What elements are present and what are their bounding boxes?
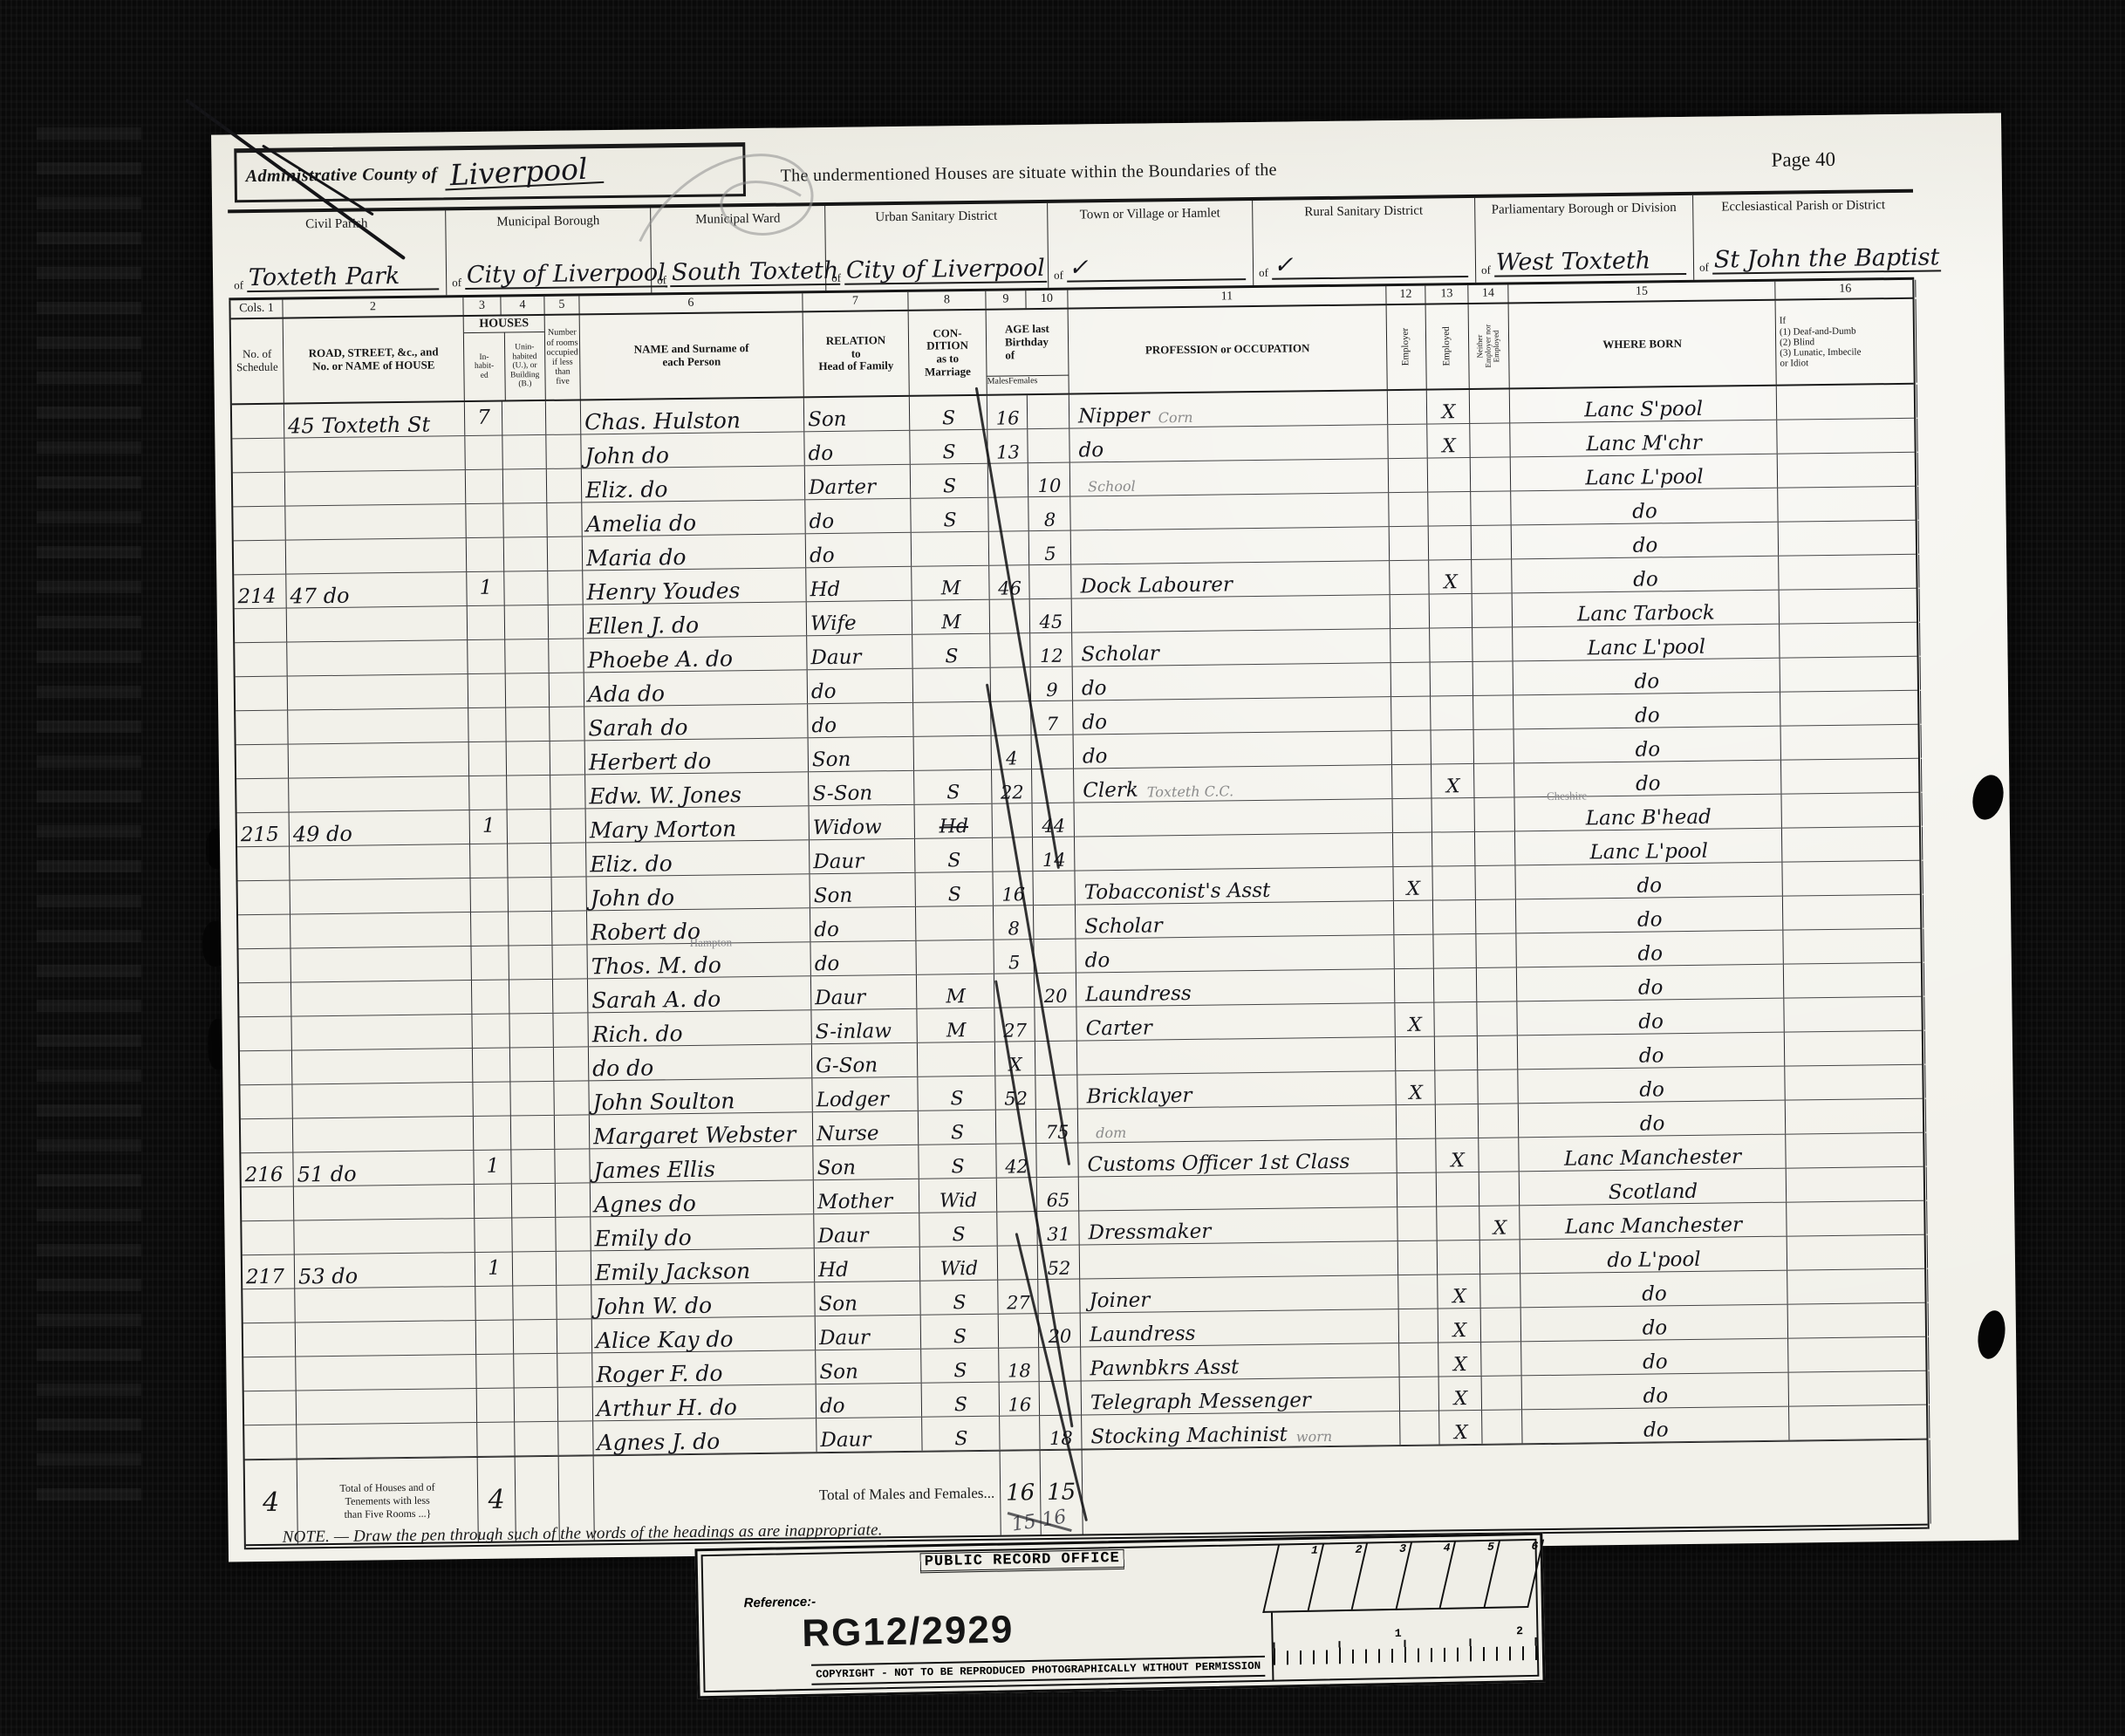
cell-value: Daur xyxy=(817,1226,868,1247)
cell-value: X xyxy=(1446,777,1460,796)
cell-inh xyxy=(475,1286,513,1320)
cell-value: do xyxy=(1643,1386,1668,1406)
cell-value: S xyxy=(954,1396,967,1415)
cell-uninh xyxy=(509,946,552,980)
cell-rooms xyxy=(555,1115,590,1148)
cell-am: 16 xyxy=(993,871,1033,906)
cell-value: 13 xyxy=(996,443,1020,461)
cell-value: Son xyxy=(814,886,853,907)
cell-value: 31 xyxy=(1047,1226,1070,1244)
cell-born: do xyxy=(1522,1373,1789,1410)
stamp-reference-number: RG12/2929 xyxy=(802,1608,1015,1656)
cell-value: John do xyxy=(591,886,675,909)
cell-af xyxy=(1034,940,1076,974)
cell-house xyxy=(288,708,468,744)
cell-value: 18 xyxy=(1008,1362,1031,1380)
cell-cond: S xyxy=(921,1315,999,1349)
cell-value: Nurse xyxy=(817,1124,879,1145)
cell-e14 xyxy=(1475,831,1515,865)
cell-e12: X xyxy=(1393,867,1432,901)
cell-value: Son xyxy=(818,1295,858,1316)
cell-name: Emily Jackson xyxy=(591,1248,815,1284)
cell-value: X xyxy=(1408,1016,1422,1035)
cell-cond xyxy=(912,532,989,566)
cell-e14 xyxy=(1471,457,1511,491)
cell-am: 5 xyxy=(994,940,1034,974)
cell-inf xyxy=(1782,827,1923,862)
cell-value: X xyxy=(1454,1424,1468,1443)
cell-rooms xyxy=(549,639,584,672)
cell-am: 16 xyxy=(1000,1382,1040,1416)
cell-e13 xyxy=(1431,730,1474,764)
cell-e14 xyxy=(1472,593,1513,627)
cell-value: Daur xyxy=(813,852,864,873)
cell-rel: Lodger xyxy=(812,1077,918,1111)
cell-value: 4 xyxy=(1006,749,1018,768)
cell-rel: Widow xyxy=(810,805,915,839)
cell-cond: Hd xyxy=(915,804,993,838)
cell-cond xyxy=(916,940,994,974)
stamp-reference-label: Reference:- xyxy=(743,1595,816,1611)
district-civil-parish: Civil Parish ofToxteth Park xyxy=(228,210,447,297)
cell-cond: M xyxy=(917,1008,994,1042)
ruler-number: 4 xyxy=(1442,1541,1452,1555)
cell-value: do xyxy=(1638,1012,1664,1032)
cell-e12 xyxy=(1388,425,1427,459)
cell-cond: S xyxy=(915,838,993,872)
cell-born: Lanc M'chr xyxy=(1510,420,1777,457)
totals-males-value: 16 xyxy=(1006,1480,1035,1506)
cell-value: S xyxy=(942,409,955,428)
cell-value: M xyxy=(941,579,961,598)
cell-occ xyxy=(1080,1241,1398,1278)
district-value: City of Liverpool xyxy=(844,257,1047,284)
cell-rooms xyxy=(553,979,588,1012)
cell-e13: X xyxy=(1438,1275,1480,1309)
cell-rel: Son xyxy=(809,737,914,771)
district-value: ✓ xyxy=(1067,255,1246,282)
cell-rel: Daur xyxy=(817,1418,922,1452)
cell-value: X xyxy=(1444,573,1458,592)
cell-name: Ellen J. do xyxy=(584,602,807,638)
cell-cond: M xyxy=(917,974,994,1008)
totals-schedule-value: 4 xyxy=(263,1487,280,1517)
cell-house xyxy=(294,1219,475,1254)
cell-value: Agnes do xyxy=(594,1193,696,1215)
cell-name: John W. do xyxy=(591,1282,815,1318)
cell-value: Dock Labourer xyxy=(1075,575,1233,597)
cell-house xyxy=(291,1015,472,1050)
cell-e12 xyxy=(1400,1411,1439,1446)
cell-inh xyxy=(465,436,502,470)
cell-occ: Laundress xyxy=(1081,1309,1399,1346)
cell-e14 xyxy=(1474,729,1514,763)
cell-rooms xyxy=(551,843,586,876)
cell-value: 8 xyxy=(1044,511,1056,530)
cell-af: 10 xyxy=(1028,463,1070,497)
cell-house xyxy=(285,504,466,540)
cell-e12: X xyxy=(1395,1003,1434,1037)
cell-name: Chas. Hulston xyxy=(581,398,804,434)
cell-inf xyxy=(1777,419,1917,454)
cell-cond: S xyxy=(912,634,990,668)
cell-am xyxy=(998,1246,1038,1280)
enumeration-table: Cols. 1 2 3 4 5 6 7 8 9 10 11 12 13 14 1… xyxy=(229,280,1929,1549)
header-name: NAME and Surname of each Person xyxy=(580,312,804,399)
cell-value: 1 xyxy=(488,1259,501,1279)
cell-uninh xyxy=(505,639,549,673)
cell-house xyxy=(289,776,469,812)
cell-e12 xyxy=(1398,1275,1438,1309)
cell-e12 xyxy=(1392,731,1431,765)
cell-inh xyxy=(476,1320,514,1354)
cell-inf xyxy=(1781,759,1922,794)
pencil-scribble xyxy=(621,142,885,259)
cell-occ: do xyxy=(1074,731,1392,768)
cell-value: Tobacconist's Asst xyxy=(1079,881,1271,904)
district-value: South Toxteth xyxy=(670,260,841,287)
cell-cond: S xyxy=(919,1111,996,1145)
cell-value: 51 do xyxy=(297,1164,357,1186)
cell-uninh xyxy=(513,1252,557,1286)
cell-am: X xyxy=(995,1042,1035,1076)
cell-value: M xyxy=(946,1022,967,1041)
cell-inh xyxy=(474,1116,511,1150)
cell-name: do do xyxy=(589,1044,812,1080)
cell-e14 xyxy=(1481,1342,1521,1376)
cell-value: Widow xyxy=(813,817,882,838)
cell-rel: Son xyxy=(804,397,910,431)
cell-value: Telegraph Messenger xyxy=(1085,1391,1311,1413)
cell-rooms xyxy=(550,775,585,808)
cell-inf xyxy=(1780,691,1921,726)
cell-house xyxy=(294,1185,475,1220)
district-town-village: Town or Village or Hamlet of✓ xyxy=(1048,201,1254,288)
cell-rooms xyxy=(554,1081,589,1114)
header-employed-label: Employed xyxy=(1442,327,1452,366)
cell-am xyxy=(990,599,1030,633)
district-label: Rural Sanitary District xyxy=(1253,203,1474,221)
cell-inf xyxy=(1779,521,1919,556)
cell-rel: Wife xyxy=(807,601,912,635)
cell-e14 xyxy=(1478,1070,1518,1104)
cell-value: Hd xyxy=(940,817,969,837)
cell-sch xyxy=(244,1425,297,1459)
cell-value: Lanc L'pool xyxy=(1589,842,1708,864)
cell-value: S xyxy=(950,1090,963,1109)
cell-value: do xyxy=(1080,951,1110,971)
cell-inf xyxy=(1789,1405,1930,1440)
cell-inh xyxy=(472,980,509,1014)
cell-e13 xyxy=(1429,526,1472,560)
cell-value: Clerk xyxy=(1077,781,1138,802)
totals-females-value: 15 xyxy=(1047,1480,1076,1506)
cell-name: John Soulton xyxy=(589,1078,812,1114)
cell-value: John do xyxy=(584,444,669,467)
cell-inh xyxy=(473,1048,510,1082)
district-value: Toxteth Park xyxy=(247,265,439,292)
cell-value: Dressmaker xyxy=(1083,1222,1211,1244)
cell-rooms xyxy=(551,809,586,842)
cell-value: Arthur H. do xyxy=(597,1396,737,1419)
cell-e13 xyxy=(1431,696,1473,730)
cell-occ: Scholar xyxy=(1072,629,1390,666)
district-label: Municipal Borough xyxy=(446,213,650,230)
cell-born: do xyxy=(1517,999,1784,1035)
cell-value: do xyxy=(1635,706,1660,726)
cell-rooms xyxy=(552,877,587,910)
cell-value: S xyxy=(954,1430,967,1449)
cell-born: Lanc S'pool xyxy=(1510,386,1777,423)
cell-e13 xyxy=(1435,1070,1478,1104)
cell-e13 xyxy=(1434,968,1477,1002)
cell-value: Alice Kay do xyxy=(596,1328,734,1351)
cell-inf xyxy=(1788,1337,1929,1372)
cell-rel: do xyxy=(817,1384,922,1418)
cell-house: 45 Toxteth St xyxy=(284,402,465,438)
header-neither: Neither Employer nor Employed xyxy=(1469,304,1510,388)
cell-sch xyxy=(243,1357,296,1391)
cell-name: Arthur H. do xyxy=(593,1384,817,1420)
cell-e13 xyxy=(1430,594,1472,628)
cell-value: Daur xyxy=(810,648,861,669)
cell-value: X xyxy=(1406,880,1420,899)
cell-inf xyxy=(1788,1303,1929,1338)
cell-value: 45 Toxteth St xyxy=(288,414,430,437)
cell-value: 10 xyxy=(1038,477,1062,496)
cell-value: S xyxy=(947,851,960,871)
cell-inh xyxy=(466,504,503,538)
cell-occ: do xyxy=(1076,935,1394,972)
cell-value: Pawnbkrs Asst xyxy=(1084,1357,1239,1379)
cell-e13 xyxy=(1437,1172,1479,1206)
cell-inf xyxy=(1784,963,1924,998)
header-where-born: WHERE BORN xyxy=(1509,301,1777,388)
cell-value: Daur xyxy=(819,1328,870,1349)
header-houses: HOUSES xyxy=(464,316,544,333)
cell-value: 217 xyxy=(246,1268,284,1288)
cell-rel: do xyxy=(808,703,913,737)
cell-born: do xyxy=(1518,1067,1785,1104)
cell-value: Scholar xyxy=(1076,644,1159,665)
census-form-page: Administrative County of Liverpool The u… xyxy=(211,113,2019,1562)
cell-value: S xyxy=(952,1226,965,1245)
ruler-number: 5 xyxy=(1486,1541,1495,1554)
cell-value: Ada do xyxy=(588,682,665,705)
district-label: Civil Parish xyxy=(228,215,445,233)
cell-name: Henry Youdes xyxy=(583,568,806,604)
col-number: 4 xyxy=(501,297,544,315)
cell-value: X xyxy=(1493,1220,1507,1239)
cell-cond: S xyxy=(910,396,987,430)
cell-value: Carter xyxy=(1081,1018,1152,1039)
cell-value: Customs Officer 1st Class xyxy=(1082,1152,1349,1176)
cell-value: Laundress xyxy=(1080,984,1192,1006)
header-employer: Employer xyxy=(1387,305,1427,390)
cell-value: 5 xyxy=(1008,953,1021,972)
cell-value: Thos. M. do xyxy=(591,954,721,978)
col-number: 12 xyxy=(1386,286,1425,304)
district-municipal-borough: Municipal Borough ofCity of Liverpool xyxy=(446,208,652,295)
cell-rel: do xyxy=(804,431,910,465)
cell-e13 xyxy=(1428,458,1471,492)
cell-born: Lanc Manchester xyxy=(1520,1203,1787,1240)
cell-house xyxy=(292,1049,473,1084)
cell-rel: do xyxy=(808,669,913,703)
cell-e13: X xyxy=(1436,1138,1479,1172)
cell-born: Lanc B'headCheshire xyxy=(1514,795,1781,831)
cell-value: do xyxy=(1077,747,1108,767)
cell-uninh xyxy=(511,1150,555,1184)
cell-value: 47 do xyxy=(290,585,349,607)
cell-value: 7 xyxy=(477,408,490,428)
cell-rel: do xyxy=(810,941,916,975)
cell-value: 20 xyxy=(1044,988,1068,1006)
cell-born: do xyxy=(1515,863,1782,899)
cell-af: 8 xyxy=(1028,497,1070,531)
header-age: AGE last Birthday of xyxy=(987,310,1069,376)
cell-sch xyxy=(232,439,284,473)
cell-e14 xyxy=(1482,1376,1522,1410)
cell-e14 xyxy=(1479,1172,1520,1206)
cell-am: 22 xyxy=(992,769,1032,803)
cell-house xyxy=(290,947,471,982)
cell-house xyxy=(287,640,468,676)
header-road-street: ROAD, STREET, &c., and No. or NAME of HO… xyxy=(284,317,465,403)
cell-e13: X xyxy=(1429,560,1472,594)
cell-value: do do xyxy=(592,1056,653,1079)
cell-e12 xyxy=(1397,1139,1436,1173)
cell-occ: do xyxy=(1069,425,1388,461)
pencil-annotation: Corn xyxy=(1158,409,1193,426)
cell-cond xyxy=(916,906,994,940)
cell-uninh xyxy=(509,980,553,1014)
cell-rel: Hd xyxy=(815,1247,920,1281)
cell-value: do xyxy=(1636,774,1661,794)
cell-value: do xyxy=(1643,1420,1669,1440)
cell-value: Chas. Hulston xyxy=(584,409,741,433)
cell-e12 xyxy=(1396,1037,1435,1071)
cell-uninh xyxy=(507,776,550,810)
cell-rooms xyxy=(557,1251,591,1284)
cell-uninh xyxy=(510,1048,554,1082)
cell-occ: dom xyxy=(1078,1105,1397,1142)
cell-inf xyxy=(1787,1167,1927,1202)
cell-value: Darter xyxy=(809,477,876,498)
cell-value: do xyxy=(1076,713,1107,733)
cell-value: S xyxy=(951,1158,964,1177)
header-uninhabited: Unin- habited (U.), or Building (B.) xyxy=(504,332,544,400)
cell-e14 xyxy=(1482,1410,1522,1444)
cell-inh xyxy=(469,776,507,810)
cell-rel: G-Son xyxy=(812,1043,918,1077)
header-relation: RELATION to Head of Family xyxy=(803,311,910,396)
cell-cond: S xyxy=(911,464,988,498)
scanned-census-page: { "page_label": "Page 40", "admin": { "l… xyxy=(0,0,2125,1736)
cell-inf xyxy=(1784,997,1924,1032)
cell-inh xyxy=(468,674,506,708)
cell-value: M xyxy=(946,988,966,1007)
cell-af xyxy=(1033,871,1075,906)
cell-value: 214 xyxy=(237,587,276,608)
cell-cond: S xyxy=(919,1145,996,1179)
cell-value: Herbert do xyxy=(589,750,712,774)
cell-value: Eliz. do xyxy=(585,478,668,501)
cell-af: 9 xyxy=(1031,667,1073,701)
cell-value: 216 xyxy=(245,1165,284,1186)
cell-value: S xyxy=(946,783,960,803)
cell-e12 xyxy=(1397,1207,1437,1241)
cell-value: Lanc B'head xyxy=(1586,808,1712,830)
cell-e12 xyxy=(1390,561,1429,595)
cell-rel: Son xyxy=(816,1350,921,1384)
cell-sch xyxy=(244,1391,297,1425)
cell-rel: Daur xyxy=(807,635,912,669)
cell-value: X xyxy=(1452,1322,1466,1341)
cell-e12 xyxy=(1391,697,1431,731)
cell-born: Lanc L'pool xyxy=(1515,829,1782,865)
col-number: 16 xyxy=(1775,280,1916,299)
cell-cond: S xyxy=(914,770,992,804)
cell-sch xyxy=(243,1289,295,1323)
cell-inf xyxy=(1787,1269,1928,1304)
cell-occ: do xyxy=(1073,697,1391,734)
cell-occ: Scholar xyxy=(1076,901,1394,938)
cell-e12 xyxy=(1391,663,1431,697)
cell-name: Amelia do xyxy=(582,500,805,536)
cell-name: James Ellis xyxy=(590,1146,813,1182)
cell-cond xyxy=(918,1042,995,1076)
cell-value: Emily Jackson xyxy=(595,1260,750,1283)
cell-e12 xyxy=(1388,391,1427,425)
cell-am xyxy=(989,531,1029,565)
cell-occ: School xyxy=(1070,459,1389,496)
of-label: of xyxy=(657,273,666,287)
cell-name: Sarah A. do xyxy=(588,976,811,1012)
district-label: Ecclesiastical Parish or District xyxy=(1693,198,1913,215)
cell-inf xyxy=(1779,555,1919,590)
cell-occ: Bricklayer xyxy=(1077,1071,1396,1108)
cell-house: 49 do xyxy=(290,810,470,846)
cell-value: 215 xyxy=(241,825,279,846)
cell-value: do xyxy=(814,920,839,940)
administrative-county-value: Liverpool xyxy=(444,155,604,190)
cell-e14 xyxy=(1472,559,1512,593)
cell-value: Wid xyxy=(940,1260,979,1280)
cell-uninh xyxy=(515,1388,558,1422)
cell-house xyxy=(286,538,467,574)
cell-e14: X xyxy=(1479,1206,1520,1240)
cell-cond: S xyxy=(918,1076,995,1111)
cell-value: G-Son xyxy=(816,1056,878,1076)
cell-name: John do xyxy=(587,874,810,910)
cell-value: do xyxy=(1639,1046,1664,1066)
cell-name: Alice Kay do xyxy=(592,1316,816,1352)
cell-inf xyxy=(1780,657,1921,692)
cell-value: Henry Youdes xyxy=(586,579,740,603)
cell-inh xyxy=(476,1354,514,1388)
cell-e12 xyxy=(1398,1241,1438,1275)
cell-occ xyxy=(1070,493,1389,530)
cell-occ xyxy=(1075,833,1393,870)
cell-value: Lanc Manchester xyxy=(1564,1147,1741,1169)
cell-house xyxy=(297,1389,477,1425)
cell-uninh xyxy=(508,810,551,844)
cell-e14 xyxy=(1474,797,1514,831)
cell-uninh xyxy=(515,1422,558,1456)
cell-am: 13 xyxy=(987,429,1028,463)
district-value: City of Liverpool xyxy=(465,263,667,290)
